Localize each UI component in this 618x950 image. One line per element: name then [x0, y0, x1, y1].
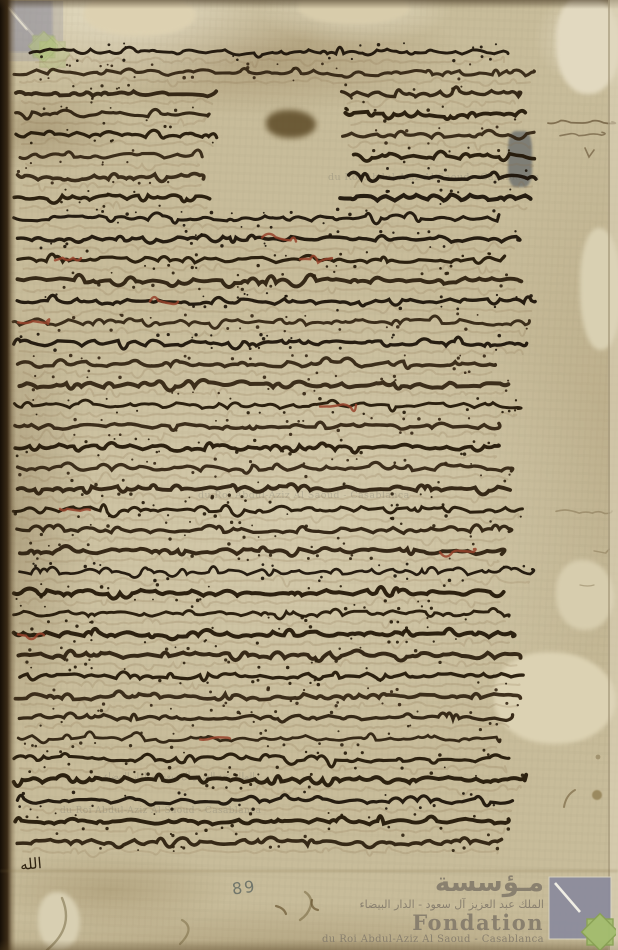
foundation-logo-icon — [548, 876, 616, 950]
manuscript-scan: du Roi Abdul-Aziz Al Saoud - Casablanca … — [0, 0, 618, 950]
folio-number: 89 — [231, 877, 257, 899]
watermark-title-ar: مـؤسسة — [435, 868, 544, 898]
foundation-watermark: مـؤسسة الملك عبد العزيز آل سعود - الدار … — [348, 874, 616, 950]
manuscript-text-block — [0, 0, 618, 950]
page-edge-right — [608, 0, 618, 950]
watermark-subtitle-fr: du Roi Abdul-Aziz Al Saoud - Casablanca — [322, 934, 544, 945]
watermark-title-fr: Fondation — [412, 910, 544, 935]
page-edge-top — [0, 0, 618, 9]
binding-edge — [0, 0, 16, 950]
